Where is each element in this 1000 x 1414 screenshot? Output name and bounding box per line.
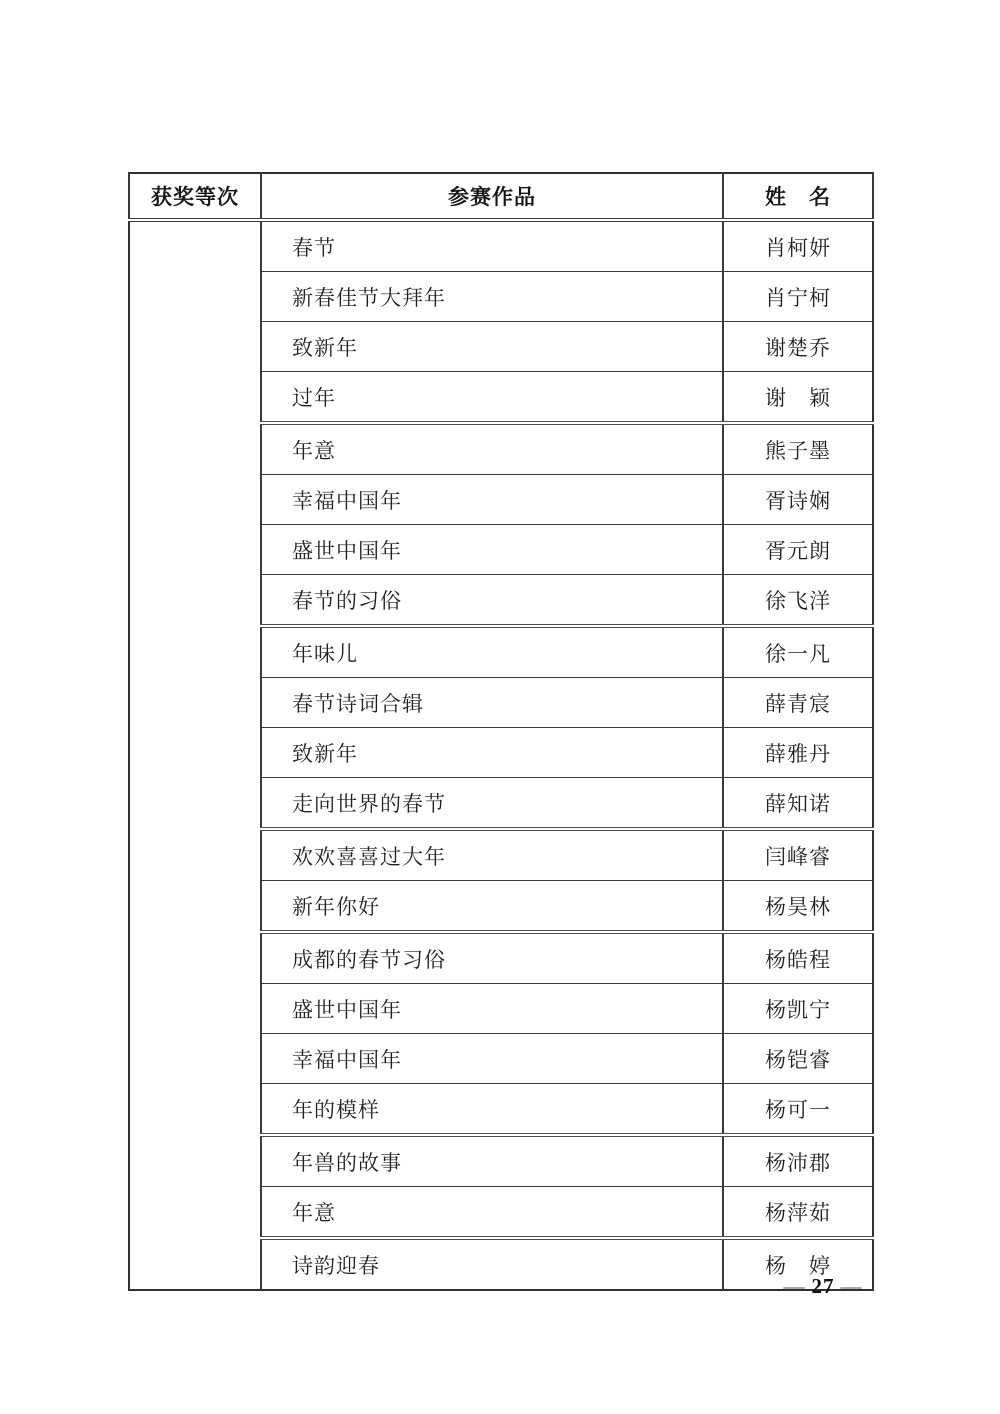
- name-cell: 肖宁柯: [723, 272, 873, 322]
- work-cell: 新年你好: [261, 881, 723, 933]
- name-cell: 胥诗娴: [723, 475, 873, 525]
- work-cell: 欢欢喜喜过大年: [261, 829, 723, 881]
- name-cell: 杨可一: [723, 1084, 873, 1136]
- name-cell: 杨萍茹: [723, 1187, 873, 1239]
- table-header: 获奖等次 参赛作品 姓 名: [129, 173, 873, 220]
- name-cell: 杨昊林: [723, 881, 873, 933]
- header-award-level: 获奖等次: [129, 173, 261, 220]
- name-cell: 徐飞洋: [723, 575, 873, 627]
- header-entry-work: 参赛作品: [261, 173, 723, 220]
- name-cell: 闫峰睿: [723, 829, 873, 881]
- work-cell: 年意: [261, 1187, 723, 1239]
- work-cell: 春节: [261, 220, 723, 272]
- work-cell: 年意: [261, 423, 723, 475]
- work-cell: 幸福中国年: [261, 1034, 723, 1084]
- name-cell: 熊子墨: [723, 423, 873, 475]
- work-cell: 新春佳节大拜年: [261, 272, 723, 322]
- name-cell: 杨凯宁: [723, 984, 873, 1034]
- work-cell: 致新年: [261, 322, 723, 372]
- page-number-dash-left: —: [784, 1274, 806, 1298]
- work-cell: 盛世中国年: [261, 984, 723, 1034]
- awards-table: 获奖等次 参赛作品 姓 名 春节 肖柯妍 新春佳节大拜年 肖宁柯 致新年 谢楚乔…: [128, 172, 874, 1291]
- name-cell: 徐一凡: [723, 626, 873, 678]
- work-cell: 春节诗词合辑: [261, 678, 723, 728]
- page-number-dash-right: —: [841, 1274, 863, 1298]
- name-cell: 杨皓程: [723, 932, 873, 984]
- table-body: 春节 肖柯妍 新春佳节大拜年 肖宁柯 致新年 谢楚乔 过年 谢 颖 年意 熊子墨…: [129, 220, 873, 1290]
- award-column-cell: [129, 220, 261, 1290]
- page-number-value: 27: [806, 1274, 841, 1298]
- work-cell: 走向世界的春节: [261, 778, 723, 830]
- header-name: 姓 名: [723, 173, 873, 220]
- name-cell: 杨铠睿: [723, 1034, 873, 1084]
- name-cell: 谢 颖: [723, 372, 873, 424]
- name-cell: 胥元朗: [723, 525, 873, 575]
- work-cell: 过年: [261, 372, 723, 424]
- work-cell: 幸福中国年: [261, 475, 723, 525]
- name-cell: 薛青宸: [723, 678, 873, 728]
- name-cell: 薛雅丹: [723, 728, 873, 778]
- header-row: 获奖等次 参赛作品 姓 名: [129, 173, 873, 220]
- work-cell: 年兽的故事: [261, 1135, 723, 1187]
- work-cell: 致新年: [261, 728, 723, 778]
- work-cell: 诗韵迎春: [261, 1238, 723, 1290]
- document-page: 获奖等次 参赛作品 姓 名 春节 肖柯妍 新春佳节大拜年 肖宁柯 致新年 谢楚乔…: [0, 0, 1000, 1414]
- work-cell: 年的模样: [261, 1084, 723, 1136]
- work-cell: 年味儿: [261, 626, 723, 678]
- name-cell: 谢楚乔: [723, 322, 873, 372]
- name-cell: 杨沛郡: [723, 1135, 873, 1187]
- work-cell: 成都的春节习俗: [261, 932, 723, 984]
- table-row: 春节 肖柯妍: [129, 220, 873, 272]
- name-cell: 薛知诺: [723, 778, 873, 830]
- page-number: —27—: [768, 1274, 878, 1299]
- work-cell: 春节的习俗: [261, 575, 723, 627]
- work-cell: 盛世中国年: [261, 525, 723, 575]
- name-cell: 肖柯妍: [723, 220, 873, 272]
